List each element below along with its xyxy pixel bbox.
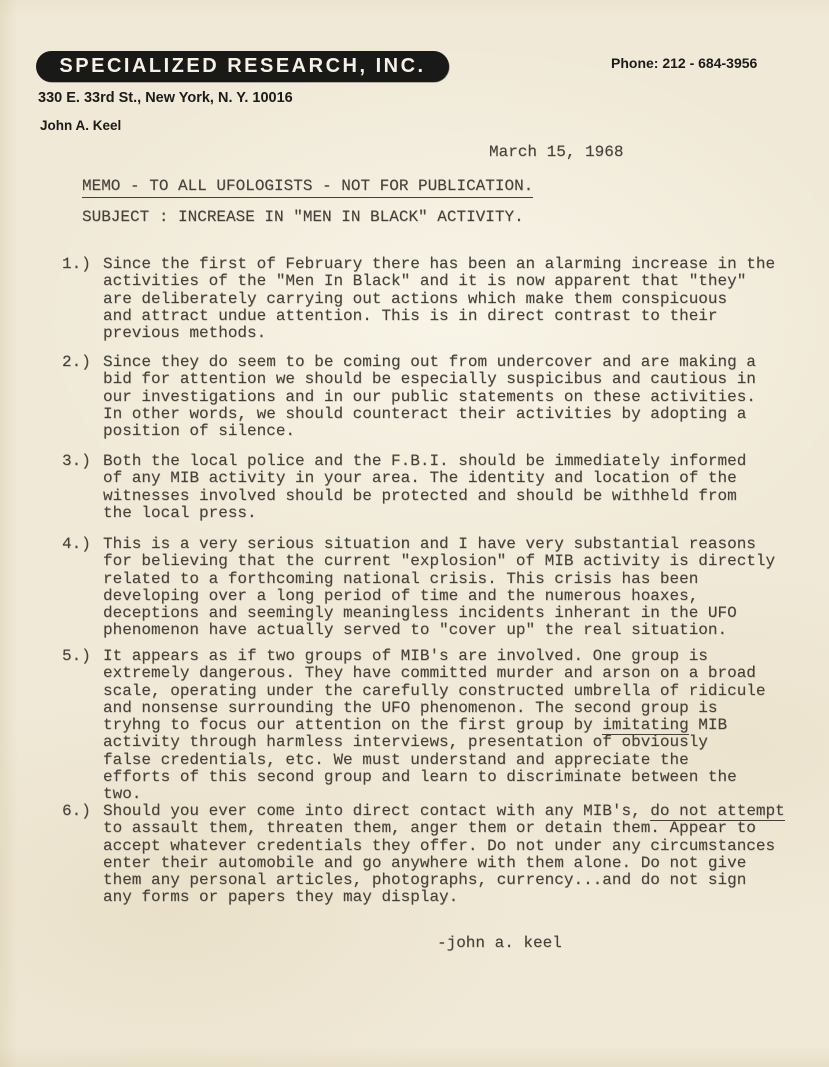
- item-text: Since the first of February there has be…: [103, 256, 802, 342]
- memo-item-6: 6.) Should you ever come into direct con…: [62, 803, 807, 907]
- underlined-phrase: do not attempt: [650, 802, 784, 821]
- item-number: 2.): [62, 354, 103, 440]
- memo-item-2: 2.) Since they do seem to be coming out …: [62, 354, 802, 440]
- memo-item-3: 3.) Both the local police and the F.B.I.…: [62, 453, 802, 522]
- memo-item-5: 5.) It appears as if two groups of MIB's…: [62, 648, 802, 804]
- phone-number: Phone: 212 - 684-3956: [611, 55, 757, 71]
- item-number: 1.): [62, 256, 103, 342]
- scanned-memo-page: { "colors": { "paper": "#f0e9d7", "typew…: [0, 0, 829, 1067]
- item-text: This is a very serious situation and I h…: [103, 536, 807, 640]
- company-address: 330 E. 33rd St., New York, N. Y. 10016: [38, 90, 293, 106]
- company-logo-lozenge: SPECIALIZED RESEARCH, INC.: [36, 51, 449, 82]
- memo-title: MEMO - TO ALL UFOLOGISTS - NOT FOR PUBLI…: [82, 177, 533, 198]
- company-name: SPECIALIZED RESEARCH, INC.: [59, 55, 425, 78]
- author-name: John A. Keel: [40, 118, 121, 133]
- item-number: 6.): [62, 803, 103, 907]
- item-text: Should you ever come into direct contact…: [103, 803, 807, 907]
- item-number: 5.): [62, 648, 103, 804]
- memo-date: March 15, 1968: [489, 143, 623, 161]
- memo-item-4: 4.) This is a very serious situation and…: [62, 536, 807, 640]
- item-text: Since they do seem to be coming out from…: [103, 354, 802, 440]
- memo-item-1: 1.) Since the first of February there ha…: [62, 256, 802, 342]
- item-number: 3.): [62, 453, 103, 522]
- signature: -john a. keel: [437, 934, 562, 952]
- memo-subject: SUBJECT : INCREASE IN "MEN IN BLACK" ACT…: [82, 208, 524, 226]
- item-text: Both the local police and the F.B.I. sho…: [103, 453, 802, 522]
- item-text: It appears as if two groups of MIB's are…: [103, 648, 802, 804]
- item-number: 4.): [62, 536, 103, 640]
- underlined-word: imitating: [602, 716, 688, 735]
